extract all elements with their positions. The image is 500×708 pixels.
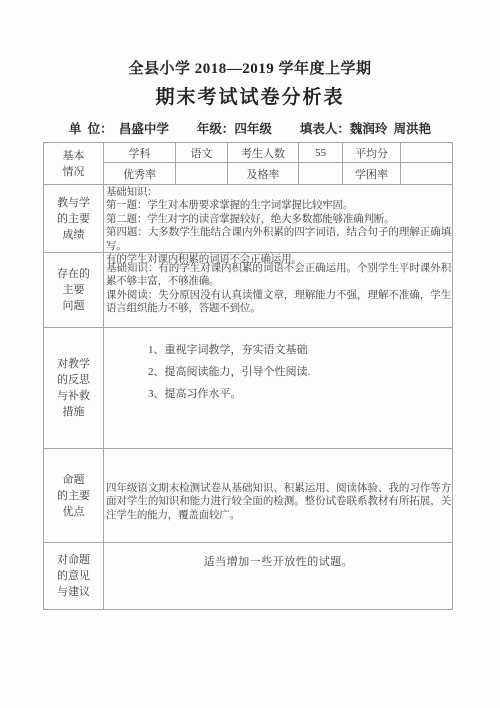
test-strengths-text: 四年级语文期末检测试卷从基础知识、积累运用、阅读体验、我的习作等方面对学生的知识… [104, 449, 452, 542]
section-achievements: 教与学 的主要 成绩 基础知识： 第一题：学生对本册要求掌握的生字词掌握比较牢固… [44, 185, 452, 253]
suggestions-text: 适当增加一些开放性的试题。 [104, 543, 452, 609]
basic-info-grid: 学科 语文 考生人数 55 平均分 优秀率 及格率 学困率 [104, 143, 452, 184]
analysis-table: 基本 情况 学科 语文 考生人数 55 平均分 优秀率 及格率 学困率 教与学 … [43, 142, 453, 610]
row-header-problems: 存在的 主要 问题 [44, 253, 104, 327]
excellent-rate-value [176, 163, 228, 184]
filler-field: 填表人：魏润玲 周洪艳 [300, 119, 431, 137]
list-item: 2、提高阅读能力，引导个性阅读. [148, 366, 452, 379]
grade-field: 年级：四年级 [197, 119, 272, 137]
problems-text: 基础知识：有的学生对课内积累的词语不会正确运用。个别学生平时课外积累不够丰富，不… [104, 253, 452, 327]
list-item: 1、重视字词教学，夯实语文基础 [148, 344, 452, 357]
section-basic-info: 基本 情况 学科 语文 考生人数 55 平均分 优秀率 及格率 学困率 [44, 143, 452, 185]
struggling-rate-value [401, 163, 452, 184]
row-header-achievements: 教与学 的主要 成绩 [44, 185, 104, 252]
subject-value: 语文 [176, 143, 228, 163]
row-header-remedial-measures: 对教学 的反思 与补救 措施 [44, 328, 104, 448]
excellent-rate-label: 优秀率 [104, 163, 176, 184]
average-score-value [401, 143, 452, 163]
document-page: 全县小学 2018—2019 学年度上学期 期末考试试卷分析表 单 位： 昌盛中… [0, 0, 500, 708]
subject-label: 学科 [104, 143, 176, 163]
achievements-text: 基础知识： 第一题：学生对本册要求掌握的生字词掌握比较牢固。 第二题：学生对字的… [104, 185, 452, 252]
list-item: 3、提高习作水平。 [148, 388, 452, 401]
row-header-basic-info: 基本 情况 [44, 143, 104, 184]
unit-field: 单 位： 昌盛中学 [69, 119, 169, 137]
page-subtitle: 期末考试试卷分析表 [0, 82, 500, 109]
section-test-strengths: 命题 的主要 优点 四年级语文期末检测试卷从基础知识、积累运用、阅读体验、我的习… [44, 449, 452, 543]
row-header-suggestions: 对命题 的意见 与建议 [44, 543, 104, 609]
meta-line: 单 位： 昌盛中学 年级：四年级 填表人：魏润玲 周洪艳 [0, 119, 500, 137]
section-suggestions: 对命题 的意见 与建议 适当增加一些开放性的试题。 [44, 543, 452, 609]
candidates-label: 考生人数 [228, 143, 299, 163]
candidates-value: 55 [299, 143, 343, 163]
pass-rate-value [299, 163, 343, 184]
section-problems: 存在的 主要 问题 基础知识：有的学生对课内积累的词语不会正确运用。个别学生平时… [44, 253, 452, 328]
section-remedial-measures: 对教学 的反思 与补救 措施 1、重视字词教学，夯实语文基础 2、提高阅读能力，… [44, 328, 452, 449]
average-score-label: 平均分 [343, 143, 401, 163]
page-title: 全县小学 2018—2019 学年度上学期 [0, 57, 500, 78]
row-header-test-strengths: 命题 的主要 优点 [44, 449, 104, 542]
remedial-measures-list: 1、重视字词教学，夯实语文基础 2、提高阅读能力，引导个性阅读. 3、提高习作水… [104, 328, 452, 448]
pass-rate-label: 及格率 [228, 163, 299, 184]
struggling-rate-label: 学困率 [343, 163, 401, 184]
